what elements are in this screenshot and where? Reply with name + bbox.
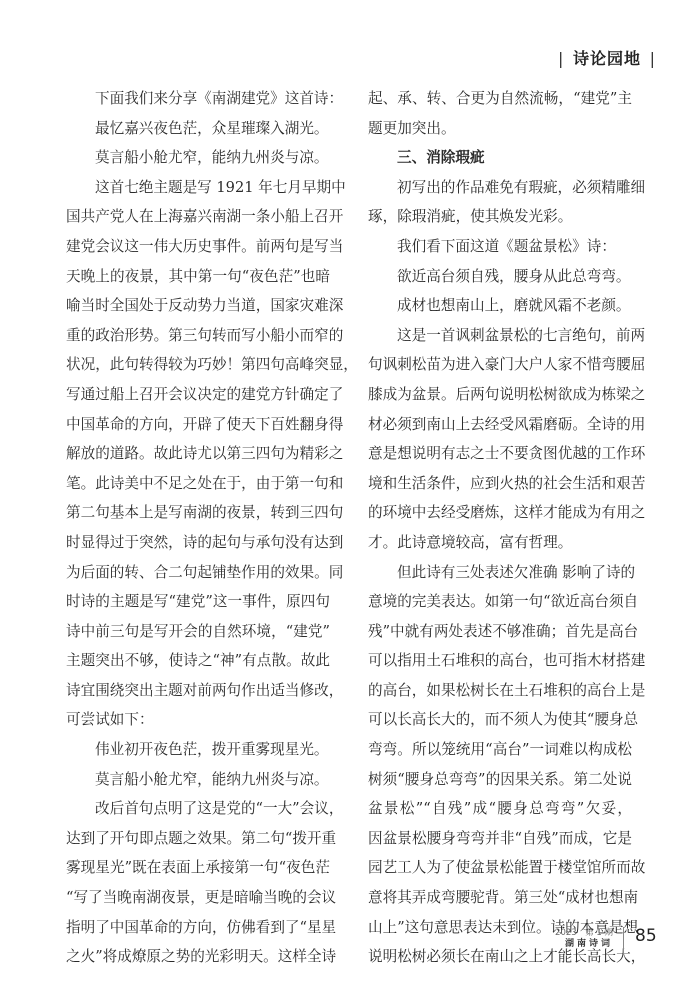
text-line: “写了当晚南湖夜景，更是暗喻当晚的会议 — [66, 883, 330, 913]
text-line: 树须“腰身总弯弯”的因果关系。第二处说 — [368, 765, 632, 795]
year-issue: 2023 第 1 期 — [531, 928, 613, 939]
text-line: 的高台，如果松树长在土石堆积的高台上是 — [368, 676, 632, 706]
section-title-text: 诗论园地 — [573, 49, 641, 68]
text-line: 意是想说明有志之士不要贪图优越的工作环 — [368, 439, 632, 469]
poem-line: 成材也想南山上，磨就风霜不老颜。 — [368, 291, 632, 321]
left-text-column: 下面我们来分享《南湖建党》这首诗：最忆嘉兴夜色茫，众星璀璨入湖光。莫言船小舱尤窄… — [66, 84, 330, 972]
text-line: 这是一首讽刺盆景松的七言绝句，前两 — [368, 321, 632, 351]
text-line: 喻当时全国处于反动势力当道，国家灾难深 — [66, 291, 330, 321]
text-line: 建党会议这一伟大历史事件。前两句是写当 — [66, 232, 330, 262]
text-line: 残”中就有两处表述不够准确；首先是高台 — [368, 617, 632, 647]
section-heading: 三、消除瑕疵 — [368, 143, 632, 173]
text-line: 第二句基本上是写南湖的夜景，转到三四句 — [66, 498, 330, 528]
text-line: 雾现星光”既在表面上承接第一句“夜色茫 — [66, 853, 330, 883]
text-line: 达到了开句即点题之效果。第二句“拨开重 — [66, 824, 330, 854]
text-line: 改后首句点明了这是党的“一大”会议， — [66, 794, 330, 824]
text-line: 诗宜围绕突出主题对前两句作出适当修改， — [66, 676, 330, 706]
section-bar-right: | — [648, 49, 658, 68]
text-line: 状况，此句转得较为巧妙！第四句高峰突显， — [66, 350, 330, 380]
text-line: 意境的完美表达。如第一句“欲近高台须自 — [368, 587, 632, 617]
text-line: 笔。此诗美中不足之处在于，由于第一句和 — [66, 469, 330, 499]
text-line: 中国革命的方向，开辟了使天下百姓翻身得 — [66, 410, 330, 440]
text-line: 天晚上的夜景，其中第一句“夜色茫”也暗 — [66, 262, 330, 292]
poem-line: 莫言船小舱尤窄，能纳九州炎与凉。 — [66, 143, 330, 173]
text-line: 的环境中去经受磨炼，这样才能成为有用之 — [368, 498, 632, 528]
text-line: 之火”将成燎原之势的光彩明天。这样全诗 — [66, 942, 330, 972]
text-line: 因盆景松腰身弯弯并非“自残”而成，它是 — [368, 824, 632, 854]
text-line: 下面我们来分享《南湖建党》这首诗： — [66, 84, 330, 114]
text-line: 弯弯。所以笼统用“高台”一词难以构成松 — [368, 735, 632, 765]
text-line: 题更加突出。 — [368, 114, 632, 144]
poem-line: 莫言船小舱尤窄，能纳九州炎与凉。 — [66, 765, 330, 795]
text-line: 材必须到南山上去经受风霜磨砺。全诗的用 — [368, 410, 632, 440]
text-line: 句讽刺松苗为进入豪门大户人家不惜弯腰屈 — [368, 350, 632, 380]
poem-line: 我们看下面这道《题盆景松》诗： — [368, 232, 632, 262]
section-bar-left: | — [556, 49, 566, 68]
text-line: 主题突出不够，使诗之“神”有点散。故此 — [66, 646, 330, 676]
text-line: 境和生活条件，应到火热的社会生活和艰苦 — [368, 469, 632, 499]
poem-line: 伟业初开夜色茫，拨开重雾现星光。 — [66, 735, 330, 765]
text-line: 诗中前三句是写开会的自然环境，“建党” — [66, 617, 330, 647]
text-line: 起、承、转、合更为自然流畅，“建党”主 — [368, 84, 632, 114]
text-line: 写通过船上召开会议决定的建党方针确定了 — [66, 380, 330, 410]
text-line: 时显得过于突然，诗的起句与承句没有达到 — [66, 528, 330, 558]
text-line: 才。此诗意境较高，富有哲理。 — [368, 528, 632, 558]
text-line: 但此诗有三处表述欠准确 影响了诗的 — [368, 558, 632, 588]
text-line: 初写出的作品难免有瑕疵，必须精雕细 — [368, 173, 632, 203]
text-line: 国共产党人在上海嘉兴南湖一条小船上召开 — [66, 202, 330, 232]
text-line: 园艺工人为了使盆景松能置于楼堂馆所而故 — [368, 853, 632, 883]
text-line: 指明了中国革命的方向，仿佛看到了“星星 — [66, 913, 330, 943]
section-title: | 诗论园地 | — [556, 46, 658, 69]
text-line: 意将其弄成弯腰驼背。第三处“成材也想南 — [368, 883, 632, 913]
text-line: 可以长高长大的，而不须人为使其“腰身总 — [368, 705, 632, 735]
text-line: 膝成为盆景。后两句说明松树欲成为栋梁之 — [368, 380, 632, 410]
magazine-name: 湖南诗词 — [531, 939, 613, 950]
text-line: 重的政治形势。第三句转而写小船小而窄的 — [66, 321, 330, 351]
issue-info: 2023 第 1 期 湖南诗词 — [531, 928, 613, 950]
page-number: 85 — [635, 926, 657, 946]
poem-line: 最忆嘉兴夜色茫，众星璀璨入湖光。 — [66, 114, 330, 144]
text-line: 为后面的转、合二句起铺垫作用的效果。同 — [66, 558, 330, 588]
text-line: 可以指用土石堆积的高台，也可指木材搭建 — [368, 646, 632, 676]
text-line: 时诗的主题是写“建党”这一事件，原四句 — [66, 587, 330, 617]
text-line: 解放的道路。故此诗尤以第三四句为精彩之 — [66, 439, 330, 469]
text-line: 可尝试如下： — [66, 705, 330, 735]
footer-divider — [623, 927, 624, 955]
text-line: 这首七绝主题是写 1921 年七月早期中 — [66, 173, 330, 203]
poem-line: 欲近高台须自残，腰身从此总弯弯。 — [368, 262, 632, 292]
text-line: 盆景松”“自残”成“腰身总弯弯”欠妥， — [368, 794, 632, 824]
right-text-column: 起、承、转、合更为自然流畅，“建党”主题更加突出。三、消除瑕疵初写出的作品难免有… — [368, 84, 632, 972]
text-line: 琢，除瑕消疵，使其焕发光彩。 — [368, 202, 632, 232]
